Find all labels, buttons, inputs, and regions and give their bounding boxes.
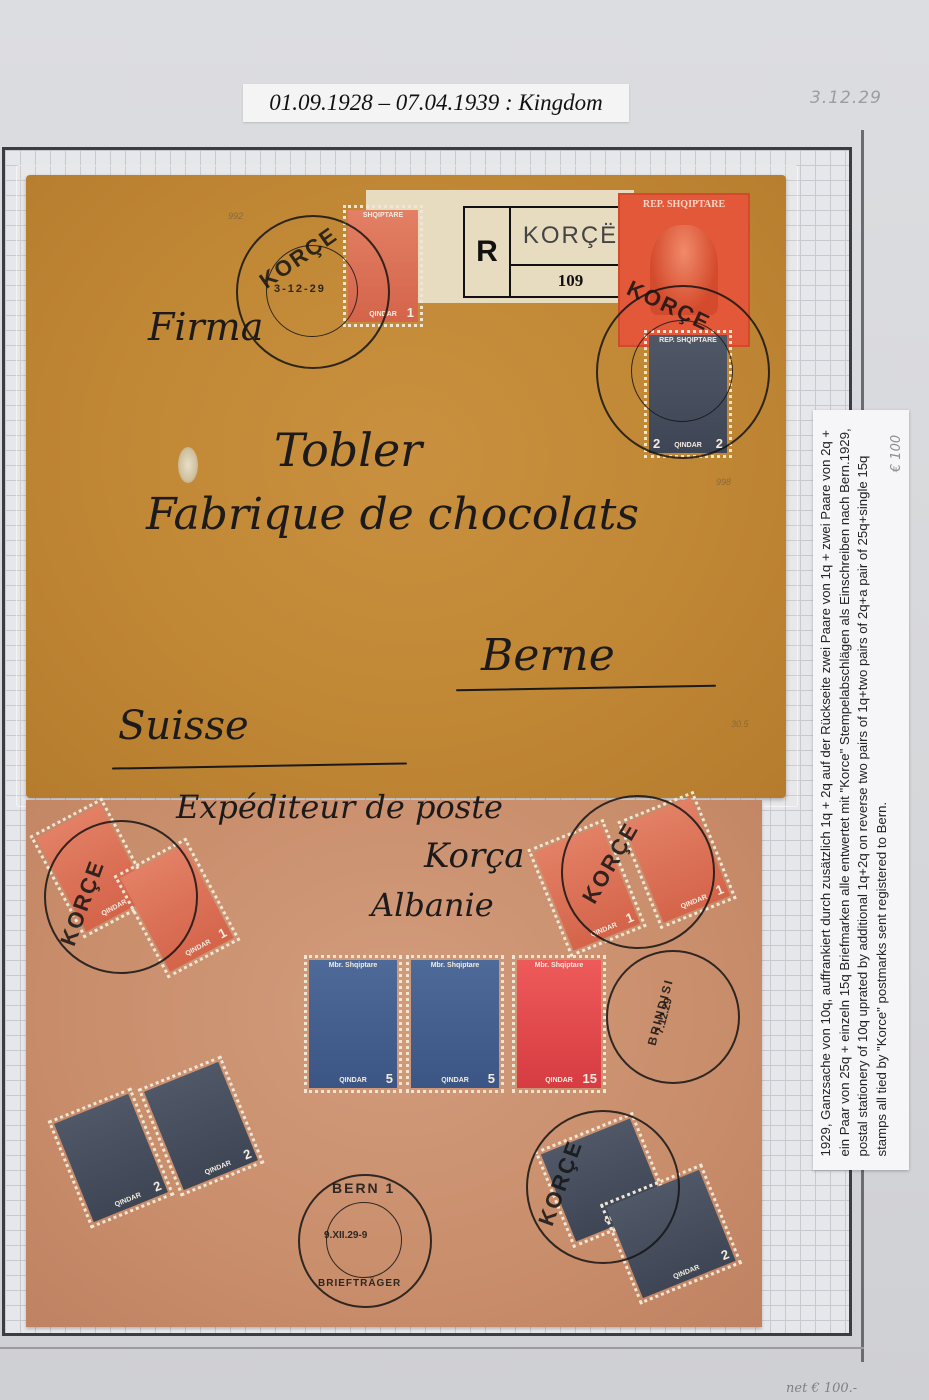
stamp-15q-scarlet-overprint: Mbr. ShqiptareQINDAR15 bbox=[512, 955, 606, 1093]
address-line-company: Fabrique de chocolats bbox=[146, 489, 639, 540]
address-line-name: Tobler bbox=[274, 423, 422, 477]
registration-box: R KORÇË 109 bbox=[463, 206, 632, 298]
postmark-korce-back-1 bbox=[44, 820, 198, 974]
address-line-firma: Firma bbox=[148, 305, 263, 349]
description-text: 1929, Ganzsache von 10q, auffrankiert du… bbox=[815, 418, 907, 1163]
pencil-date-note: 3.12.29 bbox=[810, 88, 882, 108]
back-handwriting-country: Albanie bbox=[371, 886, 494, 924]
postmark-brindisi bbox=[606, 950, 740, 1084]
description-card: 1929, Ganzsache von 10q, auffrankiert du… bbox=[813, 410, 909, 1170]
address-underline bbox=[456, 685, 716, 692]
envelope-back: Expéditeur de poste Korça Albanie QINDAR… bbox=[26, 800, 762, 1327]
envelope-front: R KORÇË 109 SHQIPTARE QINDAR 1 REP. SHQI… bbox=[26, 175, 786, 798]
stain-mark bbox=[178, 447, 198, 483]
stamp-5q-blue-overprint: Mbr. ShqiptareQINDAR5 bbox=[304, 955, 402, 1093]
postmark-korce-back-2 bbox=[561, 795, 715, 949]
pencil-price-note: € 100 bbox=[889, 435, 904, 472]
back-handwriting-sender: Expéditeur de poste bbox=[176, 788, 503, 826]
pencil-net-price: net € 100.- bbox=[786, 1381, 857, 1396]
frame-line-bottom bbox=[0, 1347, 864, 1349]
page-title-label: 01.09.1928 – 07.04.1939 : Kingdom bbox=[243, 84, 629, 122]
stamp-5q-blue-overprint: Mbr. ShqiptareQINDAR5 bbox=[406, 955, 504, 1093]
address-line-city: Berne bbox=[481, 630, 615, 681]
registration-number: 109 bbox=[511, 266, 630, 296]
country-underline bbox=[112, 762, 407, 769]
address-line-country: Suisse bbox=[118, 703, 249, 749]
postmark-korce-2-inner bbox=[631, 320, 733, 422]
registration-letter: R bbox=[465, 208, 511, 296]
back-handwriting-town: Korça bbox=[424, 836, 525, 876]
registration-town: KORÇË bbox=[511, 208, 630, 266]
